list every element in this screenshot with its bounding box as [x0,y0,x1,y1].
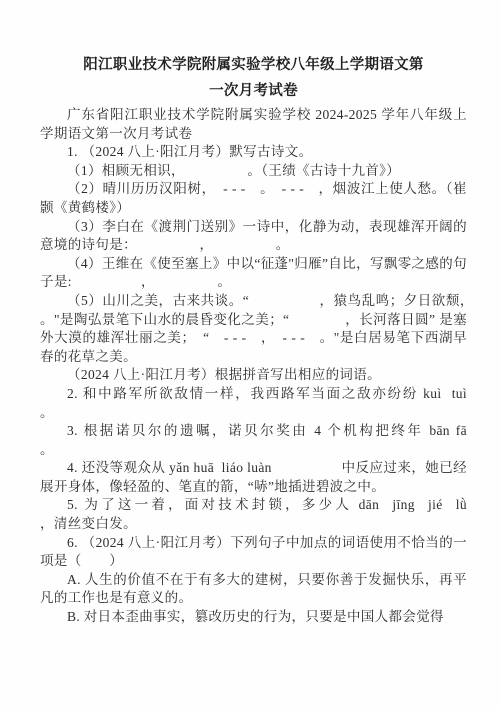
exam-subtitle: 广东省阳江职业技术学院附属实验学校 2024-2025 学年八年级上学期语文第一… [40,106,467,143]
question-1-item-5: （5）山川之美，古来共谈。“ ，猿鸟乱鸣；夕日欲颓， 。"是陶弘景笔下山水的晨昏… [40,292,467,366]
question-1-item-1: （1）相顾无相识， 。（王绩《古诗十九首》） [40,162,467,181]
question-5: 5. 为了这一着，面对技术封锁，多少人 dān jīng jié lǜ ，清丝变… [40,496,467,533]
question-2: 2. 和中路军所欲敌情一样，我西路军当面之敌亦纷纷 kuì tuì 。 [40,385,467,422]
exam-paper-page: 阳江职业技术学院附属实验学校八年级上学期语文第一次月考试卷 广东省阳江职业技术学… [0,0,500,707]
question-1-item-4: （4）王维在《使至塞上》中以“征蓬"归雁”自比，写飘零之感的句子是: ， 。 [40,255,467,292]
question-1-item-3: （3）李白在《渡荆门送别》一诗中，化静为动，表现雄浑开阔的意境的诗句是： ， 。 [40,218,467,255]
question-6-option-a: A. 人生的价值不在于有多大的建树，只要你善于发掘快乐，再平凡的工作也是有意义的… [40,571,467,608]
question-4: 4. 还没等观众从 yǎn huā liáo luàn 中反应过来，她已经展开身… [40,459,467,496]
question-1-intro: 1. （2024 八上·阳江月考）默写古诗文。 [40,143,467,162]
question-6-stem: 6. （2024 八上·阳江月考）下列句子中加点的词语使用不恰当的一项是（ ） [40,534,467,571]
question-6-option-b: B. 对日本歪曲事实，篡改历史的行为，只要是中国人都会觉得 [40,608,467,627]
question-3: 3. 根据诺贝尔的遗嘱，诺贝尔奖由 4 个机构把终年 bān fā 。 [40,422,467,459]
pinyin-section-intro: （2024 八上·阳江月考）根据拼音写出相应的词语。 [40,366,467,385]
page-title: 阳江职业技术学院附属实验学校八年级上学期语文第一次月考试卷 [83,52,425,104]
question-1-item-2: （2）晴川历历汉阳树， - - - 。 - - - ，烟波江上使人愁。（崔颢《黄… [40,180,467,217]
